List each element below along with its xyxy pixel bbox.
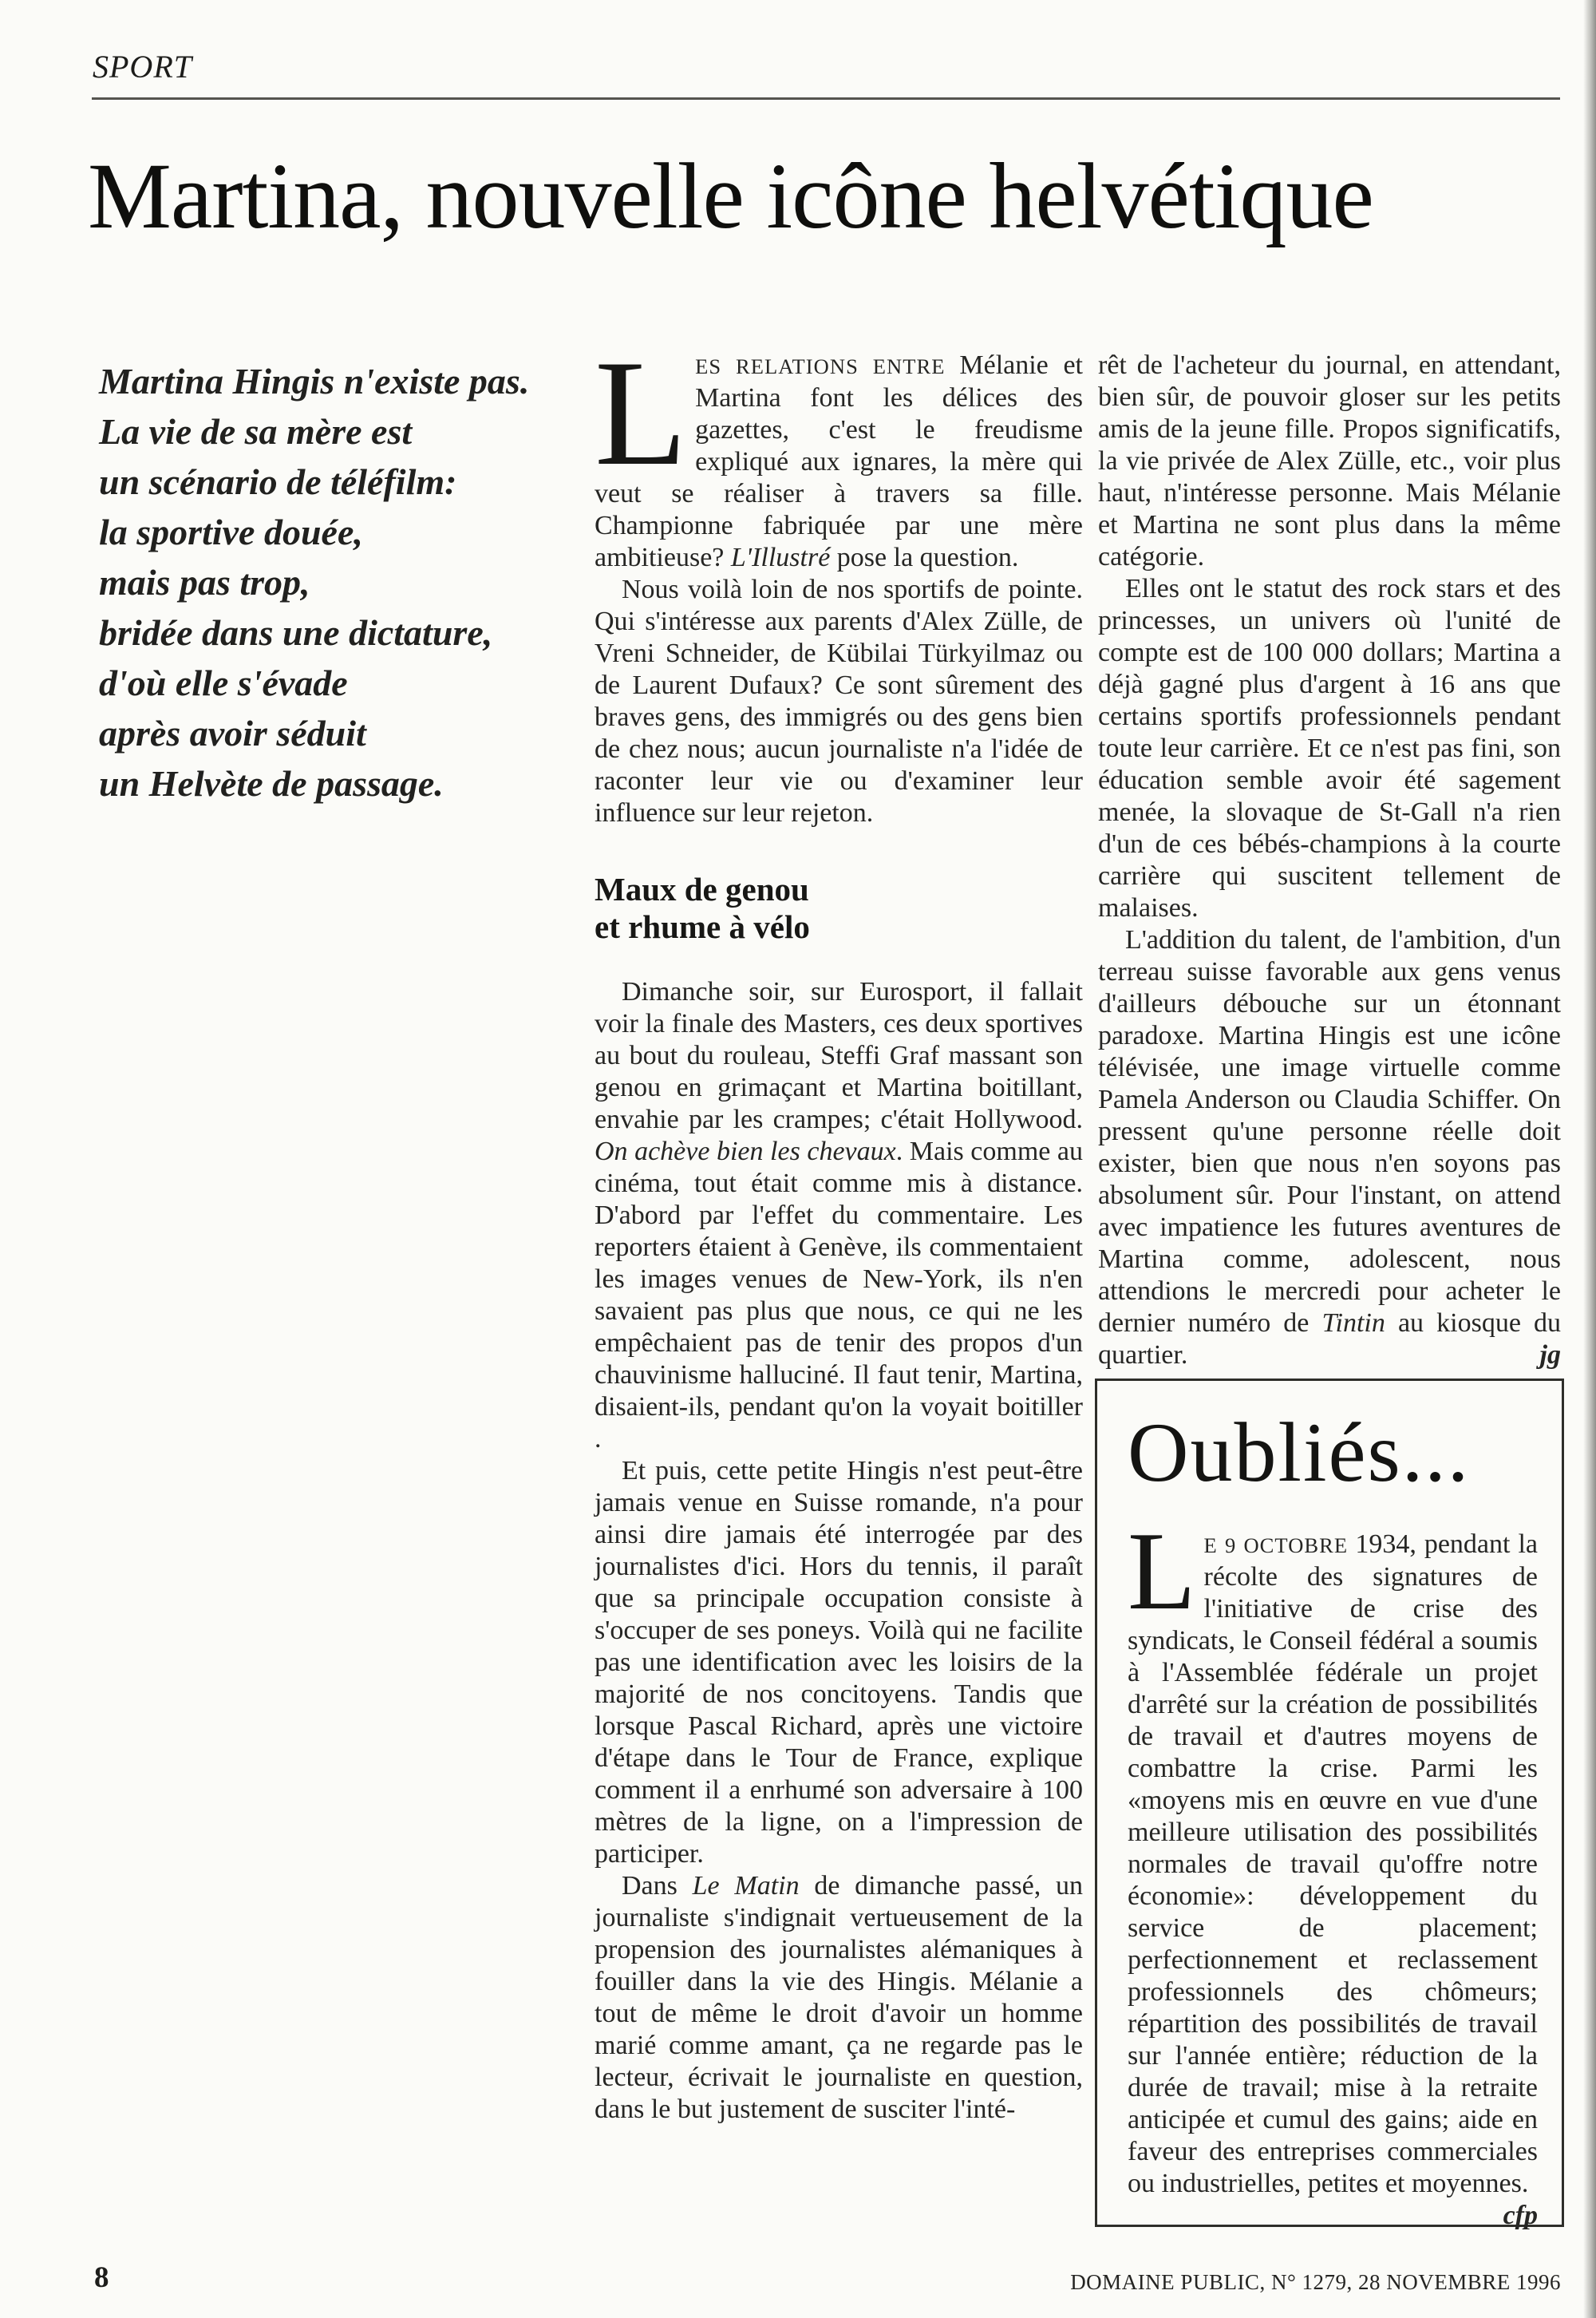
footer-page-number: 8 bbox=[94, 2261, 109, 2295]
article-lead: Martina Hingis n'existe pas.La vie de sa… bbox=[99, 356, 578, 809]
column-center: LES RELATIONS ENTRE Mélanie et Martina f… bbox=[595, 350, 1083, 2126]
footer-issue-line: DOMAINE PUBLIC, N° 1279, 28 NOVEMBRE 199… bbox=[1070, 2270, 1561, 2295]
section-label: SPORT bbox=[93, 48, 192, 85]
paragraph: Dans Le Matin de dimanche passé, un jour… bbox=[595, 1870, 1083, 2126]
page-title: Martina, nouvelle icône helvétique bbox=[88, 142, 1564, 251]
magazine-page: SPORT Martina, nouvelle icône helvétique… bbox=[0, 0, 1596, 2318]
paragraph: Et puis, cette petite Hingis n'est peut-… bbox=[595, 1455, 1083, 1870]
sidebar-box-paragraph: LE 9 OCTOBRE 1934, pendant la récolte de… bbox=[1128, 1529, 1538, 2200]
drop-cap: L bbox=[1128, 1532, 1196, 1612]
subheading: Maux de genouet rhume à vélo bbox=[595, 871, 1083, 946]
section-rule bbox=[92, 97, 1560, 100]
column-right: rêt de l'acheteur du journal, en attenda… bbox=[1098, 350, 1561, 1371]
paragraph: Dimanche soir, sur Eurosport, il fallait… bbox=[595, 976, 1083, 1455]
paragraph: L'addition du talent, de l'ambition, d'u… bbox=[1098, 924, 1561, 1371]
paragraph: Elles ont le statut des rock stars et de… bbox=[1098, 573, 1561, 924]
paragraph: LES RELATIONS ENTRE Mélanie et Martina f… bbox=[595, 350, 1083, 574]
page-edge-shadow bbox=[1583, 0, 1596, 2318]
paragraph: rêt de l'acheteur du journal, en attenda… bbox=[1098, 350, 1561, 573]
sidebar-box: Oubliés... LE 9 OCTOBRE 1934, pendant la… bbox=[1095, 1379, 1564, 2227]
drop-cap: L bbox=[595, 354, 687, 473]
paragraph: Nous voilà loin de nos sportifs de point… bbox=[595, 574, 1083, 829]
sidebar-box-title: Oubliés... bbox=[1128, 1408, 1538, 1497]
